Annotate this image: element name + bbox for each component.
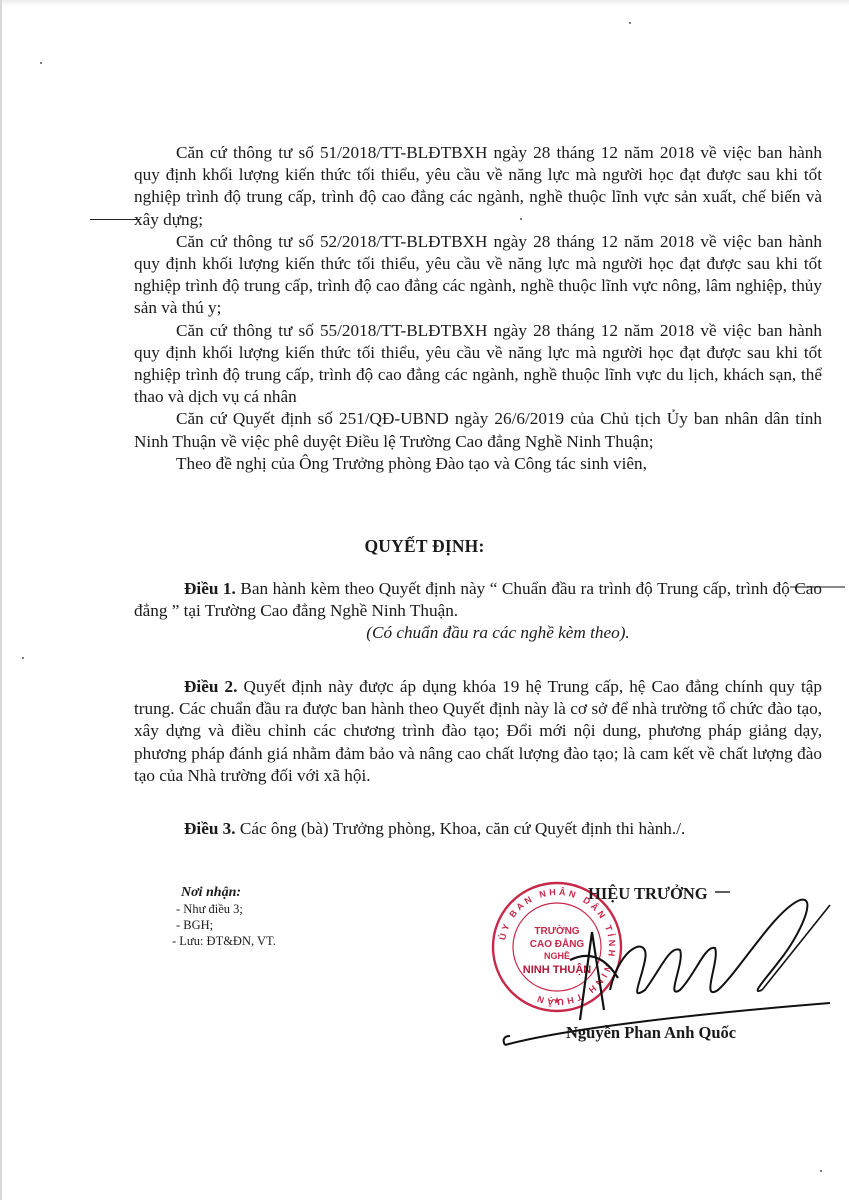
preamble-paragraph: Căn cứ Quyết định số 251/QĐ-UBND ngày 26… — [134, 408, 822, 452]
scan-left-edge — [0, 0, 2, 1200]
signer-name: Nguyễn Phan Anh Quốc — [566, 1023, 736, 1043]
preamble-paragraph: Căn cứ thông tư số 55/2018/TT-BLĐTBXH ng… — [134, 320, 822, 409]
article-label: Điều 1. — [184, 579, 236, 598]
article-1-note: (Có chuẩn đầu ra các nghề kèm theo). — [134, 622, 822, 644]
preamble-paragraph: Theo đề nghị của Ông Trưởng phòng Đào tạ… — [134, 453, 822, 475]
preamble-text: Căn cứ thông tư số 52/2018/TT-BLĐTBXH ng… — [134, 232, 822, 318]
preamble-text: Căn cứ thông tư số 51/2018/TT-BLĐTBXH ng… — [134, 143, 822, 229]
scan-speck — [629, 22, 631, 24]
article-body: Ban hành kèm theo Quyết định này “ Chuẩn… — [134, 579, 822, 620]
scan-speck — [22, 657, 24, 659]
article-label: Điều 3. — [184, 819, 236, 838]
recipient-item: - Lưu: ĐT&ĐN, VT. — [172, 933, 276, 949]
decision-heading: QUYẾT ĐỊNH: — [0, 536, 849, 557]
article-body: Các ông (bà) Trưởng phòng, Khoa, căn cứ … — [236, 819, 686, 838]
preamble-paragraph: Căn cứ thông tư số 51/2018/TT-BLĐTBXH ng… — [134, 142, 822, 231]
article-1-text: Điều 1. Ban hành kèm theo Quyết định này… — [134, 578, 822, 622]
recipient-item: - BGH; — [176, 917, 276, 933]
article-label: Điều 2. — [184, 677, 237, 696]
article-1: Điều 1. Ban hành kèm theo Quyết định này… — [134, 578, 822, 645]
preamble-text: Căn cứ thông tư số 55/2018/TT-BLĐTBXH ng… — [134, 321, 822, 407]
preamble-paragraph: Căn cứ thông tư số 52/2018/TT-BLĐTBXH ng… — [134, 231, 822, 320]
scanned-document-page: Căn cứ thông tư số 51/2018/TT-BLĐTBXH ng… — [0, 0, 849, 1200]
scan-speck — [820, 1170, 822, 1172]
article-2-text: Điều 2. Quyết định này được áp dụng khóa… — [134, 676, 822, 787]
scan-top-edge — [0, 0, 849, 6]
preamble-text: Căn cứ Quyết định số 251/QĐ-UBND ngày 26… — [134, 409, 822, 450]
recipients-title: Nơi nhận: — [181, 885, 276, 901]
recipients-block: Nơi nhận: - Như điều 3; - BGH; - Lưu: ĐT… — [176, 885, 276, 949]
article-2: Điều 2. Quyết định này được áp dụng khóa… — [134, 676, 822, 787]
article-3: Điều 3. Các ông (bà) Trưởng phòng, Khoa,… — [134, 818, 822, 840]
scan-speck — [40, 62, 42, 64]
article-body: Quyết định này được áp dụng khóa 19 hệ T… — [134, 677, 822, 785]
preamble-section: Căn cứ thông tư số 51/2018/TT-BLĐTBXH ng… — [134, 142, 822, 475]
article-3-text: Điều 3. Các ông (bà) Trưởng phòng, Khoa,… — [134, 818, 822, 840]
margin-mark — [90, 219, 140, 220]
recipient-item: - Như điều 3; — [176, 901, 276, 917]
preamble-text: Theo đề nghị của Ông Trưởng phòng Đào tạ… — [176, 454, 647, 473]
